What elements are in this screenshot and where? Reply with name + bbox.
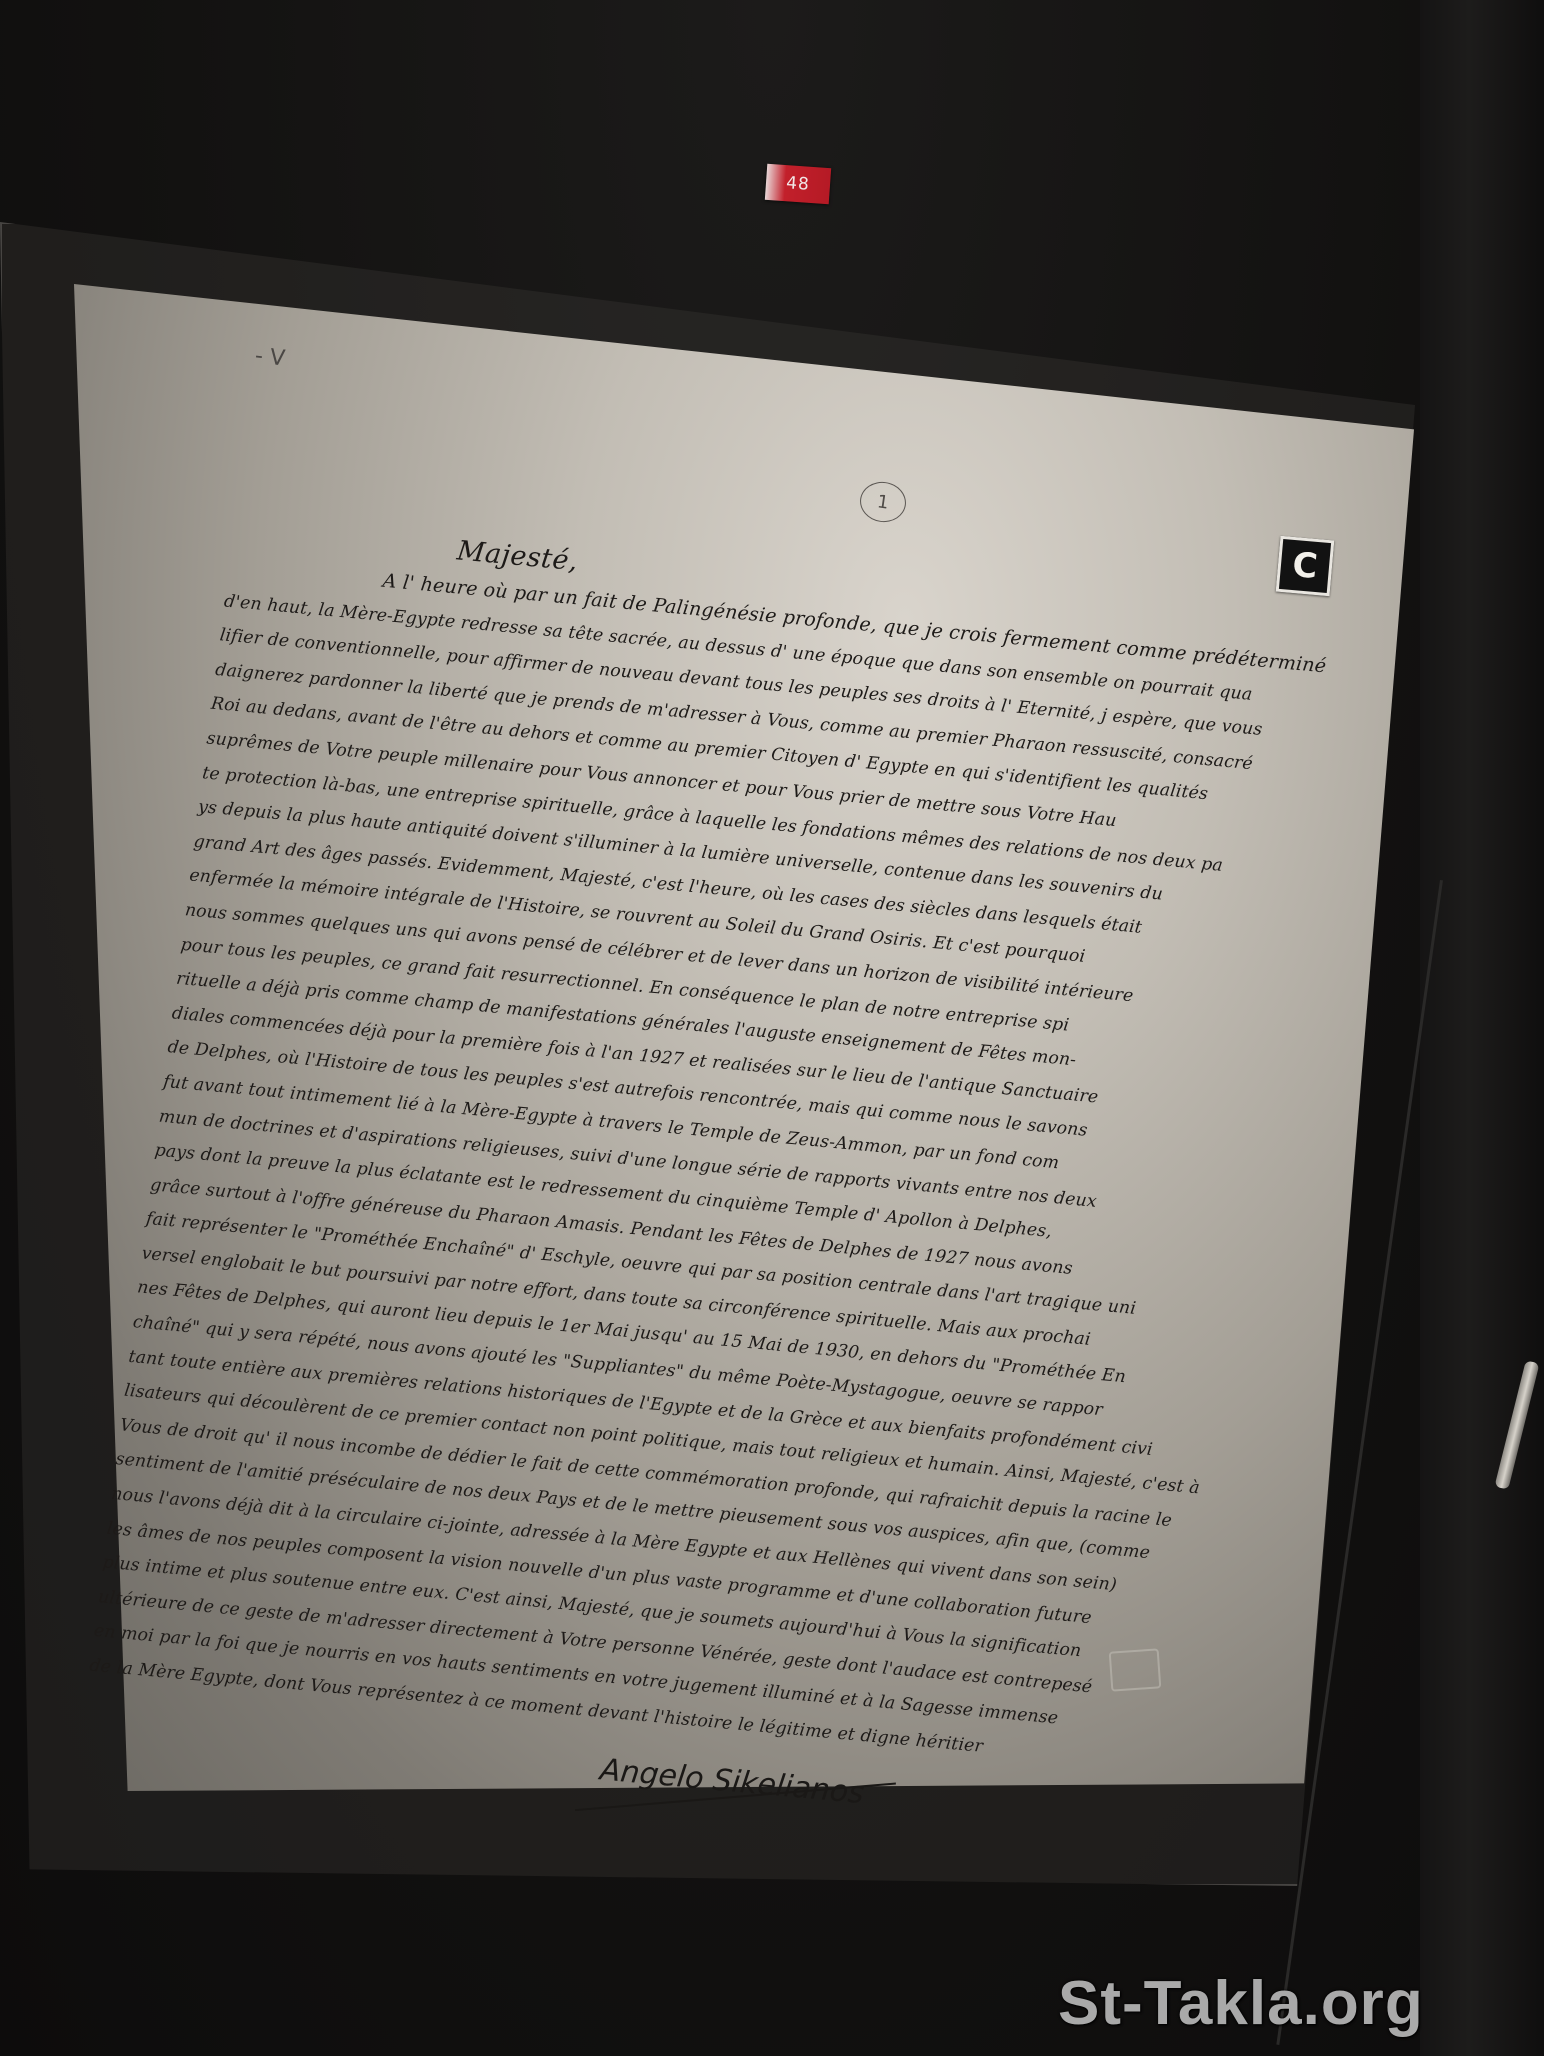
exhibit-number-label: 48 xyxy=(765,164,831,204)
handwritten-letter: Majesté, A l' heure où par un fait de Pa… xyxy=(80,515,1270,1834)
museum-display-scene: 48 - V 1 C Majesté, A l' heure où par un… xyxy=(0,0,1544,2056)
section-badge: C xyxy=(1276,536,1335,596)
watermark-logo: St-Takla.org xyxy=(1058,1968,1424,2039)
frame-clip xyxy=(1109,1648,1162,1691)
pencil-annotation: - V xyxy=(254,344,286,372)
display-cabinet-edge xyxy=(1420,0,1544,2056)
